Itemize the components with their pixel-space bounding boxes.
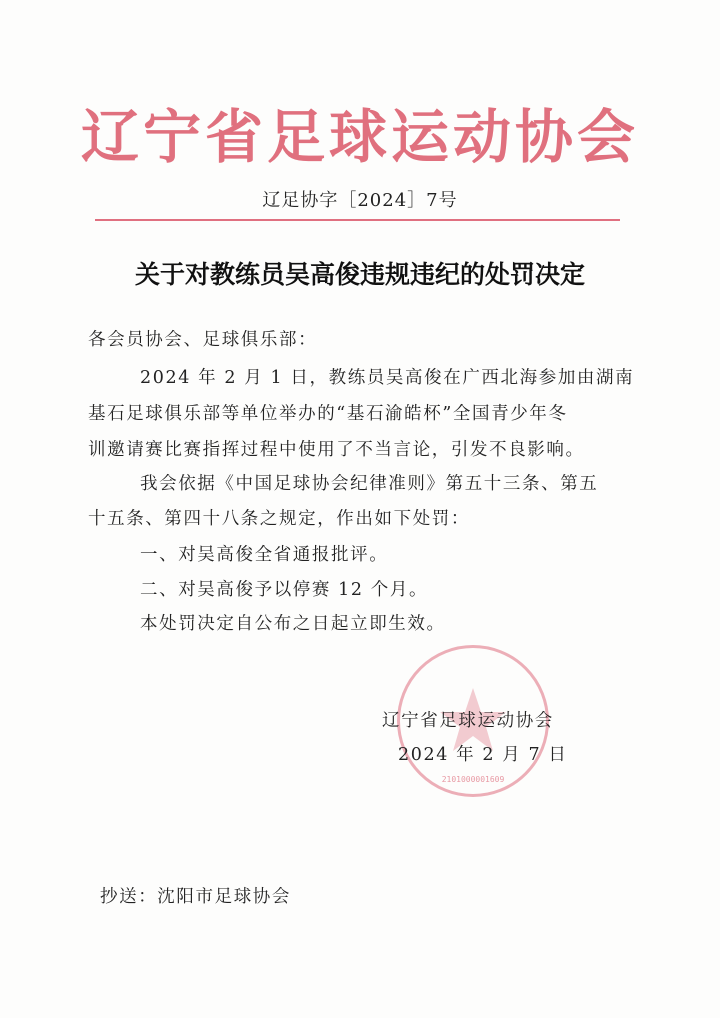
svg-text:2101000001609: 2101000001609 xyxy=(442,775,505,784)
effective-statement: 本处罚决定自公布之日起立即生效。 xyxy=(140,610,446,635)
penalty-item: 二、对吴高俊予以停赛 12 个月。 xyxy=(140,576,428,601)
cc-line: 抄送：沈阳市足球协会 xyxy=(100,883,291,908)
salutation: 各会员协会、足球俱乐部： xyxy=(88,326,317,351)
paragraph-line: 训邀请赛比赛指挥过程中使用了不当言论，引发不良影响。 xyxy=(88,436,585,461)
paragraph-line: 我会依据《中国足球协会纪律准则》第五十三条、第五 xyxy=(140,470,598,495)
paragraph-line: 2024 年 2 月 1 日，教练员吴高俊在广西北海参加由湖南 xyxy=(140,364,634,389)
signature-date: 2024 年 2 月 7 日 xyxy=(398,741,568,766)
document-title: 关于对教练员吴高俊违规违纪的处罚决定 xyxy=(0,255,720,291)
org-letterhead-title: 辽宁省足球运动协会 xyxy=(0,90,720,174)
red-divider xyxy=(95,219,620,221)
document-number: 辽足协字［2024］7号 xyxy=(0,186,720,212)
signature-org: 辽宁省足球运动协会 xyxy=(382,707,554,732)
paragraph-line: 十五条、第四十八条之规定，作出如下处罚： xyxy=(88,505,470,530)
paragraph-line: 基石足球俱乐部等单位举办的“基石渝皓杯”全国青少年冬 xyxy=(88,400,568,425)
penalty-item: 一、对吴高俊全省通报批评。 xyxy=(140,541,388,566)
